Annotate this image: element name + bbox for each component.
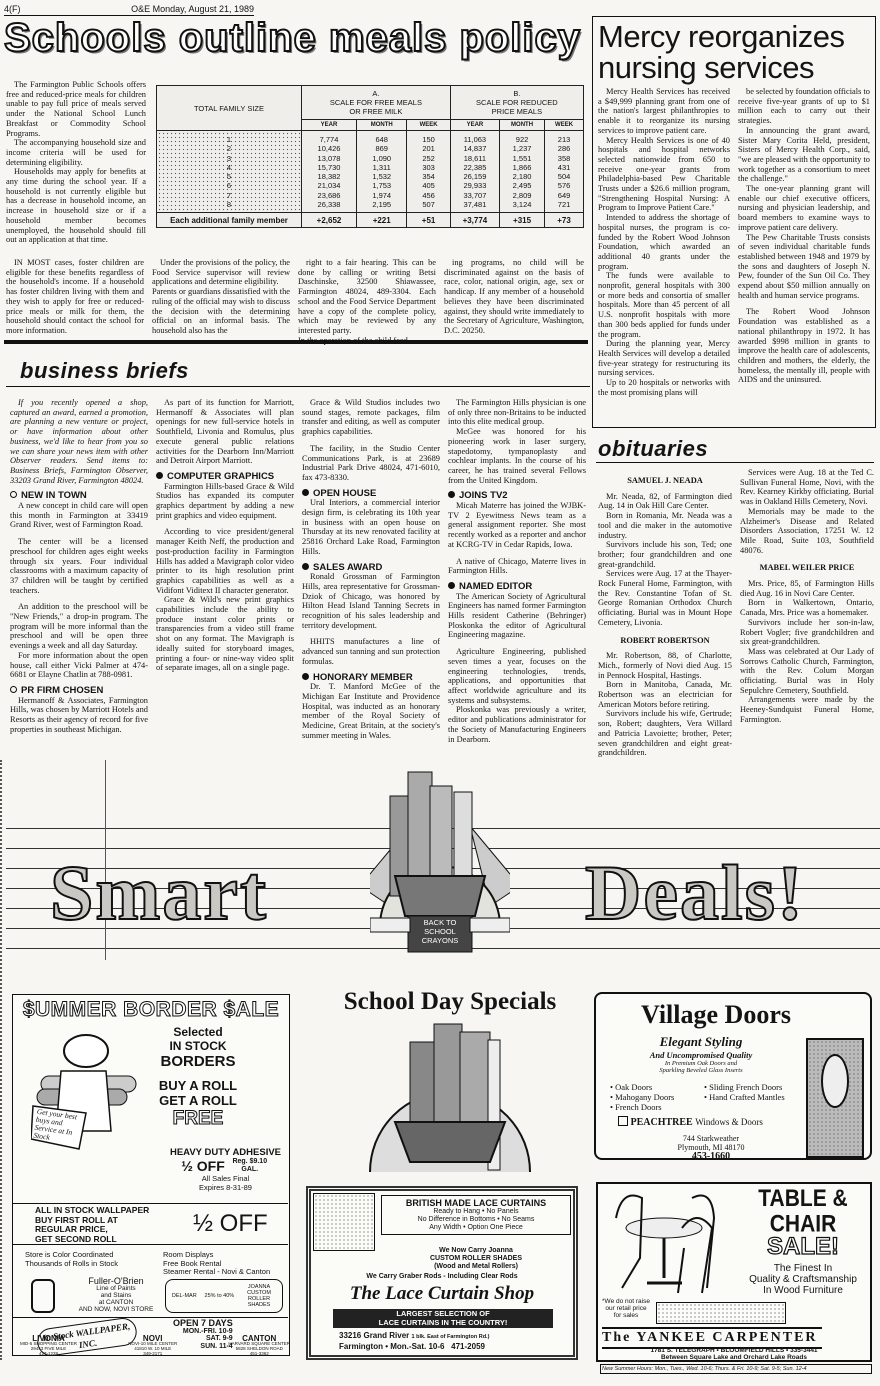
table-cell-value: 14,837 [454,144,496,153]
store-locations: LIVONIAMID-5 SHOPPING CENTER29443 FIVE M… [20,1336,290,1356]
peachtree-logo-icon [618,1116,628,1126]
sub-line: In Wood Furniture [738,1285,868,1296]
fuller-line: Line of Paints [71,1285,161,1292]
table-cell-value: 2,180 [503,172,541,181]
table-cell-value: 504 [548,172,580,181]
reduced-month-cell: 9221,2371,5511,8662,1802,4952,8093,124 [500,131,545,213]
brief-title-text: OPEN HOUSE [313,488,376,499]
sub-line: Quality & Craftsmanship [738,1274,868,1285]
table-cell-value: 23,686 [305,191,353,200]
crayon-box-icon [350,1022,550,1172]
family-size-header: TOTAL FAMILY SIZE [157,86,302,131]
obits-col-2: Services were Aug. 18 at the Ted C. Sull… [740,468,874,725]
table-cell-value: 1 [160,135,298,144]
features-right: Room Displays Free Book Rental Steamer R… [163,1251,270,1277]
tag-line: Sparkling Beveled Glass Inserts [626,1067,776,1074]
obits-col-1: SAMUEL J. NEADA Mr. Neada, 82, of Farmin… [598,468,732,758]
offer-line: Expires 8-31-89 [163,1183,288,1192]
table-cell-value: 201 [410,144,446,153]
paragraph: For more information about the open hous… [10,651,148,680]
wallpaper-offer: ALL IN STOCK WALLPAPER BUY FIRST ROLL AT… [13,1203,288,1245]
table-cell-value: 1,866 [503,163,541,172]
paragraph: According to vice president/general mana… [156,527,294,595]
crayon-box-label: BACK TO SCHOOL CRAYONS [408,918,472,945]
paragraph: Ronald Grossman of Farmington Hills, are… [302,572,440,630]
border-sale-headline: $UMMER BORDER $ALE [13,998,289,1022]
briefs-col-1: If you recently opened a shop, captured … [10,398,148,735]
folio-line: 4(F) O&E Monday, August 21, 1989 [4,4,254,16]
joanna-shades: JOANNA CUSTOM ROLLER SHADES [242,1284,276,1308]
yankee-headline: TABLE & CHAIR SALE! The Finest In Qualit… [738,1190,868,1296]
paragraph: Farmington Hills-based Grace & Wild Stud… [156,482,294,521]
paragraph: Up to 20 hospitals or networks with the … [598,378,730,397]
briefs-col-4: The Farmington Hills physician is one of… [448,398,586,744]
table-cell-value: 1,532 [360,172,403,181]
door-type: Sliding French Doors [709,1082,782,1092]
table-cell-value: 26,159 [454,172,496,181]
schools-col-1: IN MOST cases, foster children are eligi… [6,258,144,336]
fuller-name: Fuller-O'Brien [71,1278,161,1285]
banner-deals: Deals! [585,848,805,938]
table-cell-value: 649 [548,191,580,200]
paragraph: Hermanoff & Associates, Farmington Hills… [10,696,148,735]
offer-line: HEAVY DUTY ADHESIVE [163,1147,288,1158]
feature-item: Steamer Rental - Novi & Canton [163,1268,270,1277]
door-type: Mahogany Doors [615,1092,674,1102]
store-canton: CANTONHARVARD SQUARE CENTER5828 SHELDON … [228,1336,290,1356]
lace-line: (Wood and Metal Rollers) [381,1263,571,1271]
store-livonia: LIVONIAMID-5 SHOPPING CENTER29443 FIVE M… [20,1336,77,1356]
paragraph: An addition to the preschool will be "Ne… [10,602,148,651]
ad-border-sale: $UMMER BORDER $ALE Get your best buys an… [12,994,290,1356]
bullet-icon [302,563,309,570]
briefs-col-2: As part of its function for Marriott, He… [156,398,294,673]
table-cell-value: 7 [160,191,298,200]
brief-title-text: JOINS TV2 [459,490,508,501]
bullet-icon [10,491,17,498]
paragraph: In announcing the grant award, Sister Ma… [738,126,870,184]
yankee-address: 1781 S. TELEGRAPH • BLOOMFIELD HILLS • 3… [598,1348,870,1361]
schools-col-3: right to a fair hearing. This can be don… [298,258,436,345]
table-cell-value: 15,730 [305,163,353,172]
brief-title: HONORARY MEMBER [302,673,440,683]
paragraph: Born in Manitoba, Canada, Mr. Robertson … [598,680,732,709]
masthead-date: O&E Monday, August 21, 1989 [131,4,254,14]
offer-line: BUY A ROLL [148,1078,248,1093]
paragraph: The center will be a licensed preschool … [10,537,148,595]
paragraph: Born in Walkertown, Ontario, Canada, Mrs… [740,598,874,617]
briefs-intro: If you recently opened a shop, captured … [10,398,148,485]
table-chairs-illustration [602,1188,732,1298]
table-cell-value: 2,809 [503,191,541,200]
additional-value: +2,652 [302,213,357,228]
table-cell-value: 3 [160,154,298,163]
bullet-icon [448,582,455,589]
table-cell-value: 13,078 [305,154,353,163]
fuller-line: AND NOW, NOVI STORE [71,1306,161,1313]
bullet-icon [10,686,17,693]
tag-line: And Uncompromised Quality [626,1050,776,1060]
table-cell-value: 721 [548,200,580,209]
fuller-line: at CANTON [71,1299,161,1306]
paragraph: Survivors include her son-in-law, Robert… [740,618,874,647]
obit-name: SAMUEL J. NEADA [598,476,732,486]
lace-graber: We Carry Graber Rods - Including Clear R… [311,1273,573,1280]
ad-lace-curtain: BRITISH MADE LACE CURTAINS Ready to Hang… [306,1186,578,1360]
paragraph: Born in Romania, Mr. Neada was a tool an… [598,511,732,540]
schools-col-4: ing programs, no child will be discrimin… [444,258,584,336]
paragraph: Memorials may be made to the Alzheimer's… [740,507,874,556]
leaded-glass-door-icon [806,1038,864,1158]
lace-address: 33216 Grand River 1 blk. East of Farming… [339,1331,569,1351]
brief-title: NEW IN TOWN [10,491,148,501]
fuller-line: and Stains [71,1292,161,1299]
mascot-illustration: Get your best buys and Service at In Sto… [31,1031,141,1151]
ad-village-doors: Village Doors Elegant Styling And Uncomp… [594,992,872,1160]
discount: 25% to 40% [205,1293,235,1299]
obit-name: MABEL WEILER PRICE [740,563,874,573]
lace-line: We Now Carry Joanna [381,1247,571,1255]
brief-title: OPEN HOUSE [302,489,440,499]
lace-features: BRITISH MADE LACE CURTAINS Ready to Hang… [381,1195,571,1235]
free-week-cell: 150201252303354405456507 [407,131,450,213]
brief-title: SALES AWARD [302,563,440,573]
banner-smart: Smart [50,848,268,938]
lace-banner: LARGEST SELECTION OF LACE CURTAINS IN TH… [333,1309,553,1328]
offer-line: Reg. $9.10 GAL. [230,1158,270,1174]
offer-line: GET SECOND ROLL [35,1235,149,1245]
offer-line: Selected [148,1025,248,1039]
village-bullets-right: • Sliding French Doors • Hand Crafted Ma… [704,1082,804,1102]
heading-rule [596,462,874,463]
table-cell-value: 4 [160,163,298,172]
paragraph: Under the provisions of the policy, the … [152,258,290,336]
table-cell-value: 2 [160,144,298,153]
brief-title-text: COMPUTER GRAPHICS [167,471,274,482]
hours-title: OPEN 7 DAYS [173,1320,233,1328]
table-cell-value: 358 [548,154,580,163]
table-cell-value: 1,090 [360,154,403,163]
paragraph: Survivors include his son, Ted; one brot… [598,540,732,569]
yankee-name-bar: The YANKEE CARPENTER [602,1327,822,1349]
village-phone: 453-1660 [636,1152,786,1161]
mercy-story: Mercy reorganizes nursing services Mercy… [592,16,876,428]
store-line: 349-2171 [128,1351,177,1356]
mercy-col-1: Mercy Health Services has received a $49… [598,87,730,398]
paragraph: be selected by foundation officials to r… [738,87,870,126]
headline-sale: SALE! [738,1234,868,1260]
col-header: MONTH [500,120,545,131]
brand-del-mar: DEL-MAR [172,1293,197,1299]
peachtree-name: PEACHTREE [631,1117,693,1128]
village-tagline: Elegant Styling And Uncompromised Qualit… [626,1034,776,1074]
paragraph: Arrangements were made by the Heeney-Sun… [740,695,874,724]
paragraph: The accompanying household size and inco… [6,138,146,167]
paragraph: The Farmington Hills physician is one of… [448,398,586,427]
paragraph: The funds were available to nonprofit, g… [598,271,730,339]
section-divider [4,340,588,344]
reduced-year-cell: 11,06314,83718,61122,38526,15929,93333,7… [450,131,499,213]
brief-title-text: NAMED EDITOR [459,581,532,592]
door-type: French Doors [615,1102,662,1112]
table-cell-value: 22,385 [454,163,496,172]
additional-value: +51 [407,213,450,228]
meals-table: TOTAL FAMILY SIZE A. SCALE FOR FREE MEAL… [156,85,584,228]
lace-address-note: 1 blk. East of Farmington Rd.) [412,1334,490,1340]
table-cell-value: 922 [503,135,541,144]
table-cell-value: 18,382 [305,172,353,181]
schools-col-2: Under the provisions of the policy, the … [152,258,290,336]
table-cell-value: 252 [410,154,446,163]
col-header: WEEK [407,120,450,131]
village-doors-title: Village Doors [596,1000,836,1030]
offer-free: FREE [148,1108,248,1130]
additional-value: +73 [545,213,584,228]
offer-line: GET A ROLL [148,1093,248,1108]
table-cell-value: 18,611 [454,154,496,163]
peachtree-tagline: Windows & Doors [695,1117,763,1127]
wallpaper-lines: ALL IN STOCK WALLPAPER BUY FIRST ROLL AT… [35,1206,149,1244]
tag-line: Elegant Styling [626,1034,776,1050]
mercy-headline: Mercy reorganizes nursing services [598,21,870,83]
rose-illustration [313,1193,375,1251]
fuller-obrien: Fuller-O'Brien Line of Paints and Stains… [71,1278,161,1313]
lace-banner-line: LACE CURTAINS IN THE COUNTRY! [334,1319,552,1328]
free-month-cell: 6488691,0901,3111,5321,7531,9742,195 [357,131,407,213]
wallpaper-half-off: ½ OFF [193,1210,268,1238]
table-cell-value: 3,124 [503,200,541,209]
brief-title-text: HONORARY MEMBER [313,672,413,683]
paragraph: Agriculture Engineering, published seven… [448,647,586,705]
table-cell-value: 1,753 [360,181,403,190]
door-type: Hand Crafted Mantles [709,1092,785,1102]
school-day-illustration [350,1022,550,1172]
table-cell-value: 576 [548,181,580,190]
sub-line: The Finest In [738,1263,868,1274]
table-cell-value: 10,426 [305,144,353,153]
divider [13,1317,288,1318]
lace-street: 33216 Grand River [339,1331,409,1340]
ad-yankee-carpenter: TABLE & CHAIR SALE! The Finest In Qualit… [596,1182,872,1362]
table-cell-value: 33,707 [454,191,496,200]
briefs-col-3: Grace & Wild Studios includes two sound … [302,398,440,741]
brief-title-text: NEW IN TOWN [21,490,87,501]
yankee-hours: New Summer Hours: Mon., Tues., Wed. 10-6… [600,1364,872,1374]
obit-name: ROBERT ROBERTSON [598,636,732,646]
additional-value: +315 [500,213,545,228]
paragraph: The Robert Wood Johnson Foundation was e… [738,307,870,385]
paragraph: Grace & Wild's new print graphics capabi… [156,595,294,673]
table-cell-value: 456 [410,191,446,200]
yankee-note: *We do not raise our retail price for sa… [602,1298,650,1319]
col-header: WEEK [545,120,584,131]
paragraph: As part of its function for Marriott, He… [156,398,294,466]
lace-box-title: BRITISH MADE LACE CURTAINS [384,1198,568,1208]
col-header: YEAR [302,120,357,131]
schools-intro: The Farmington Public Schools offers fre… [6,80,146,245]
bullet-icon [156,472,163,479]
brief-title-text: PR FIRM CHOSEN [21,685,103,696]
table-cell-value: 29,933 [454,181,496,190]
village-bullets-left: • Oak Doors • Mahogany Doors • French Do… [610,1082,674,1112]
lace-hours: Farmington • Mon.-Sat. 10-6 [339,1342,444,1351]
table-cell-value: 26,338 [305,200,353,209]
obituaries-heading: obituaries [598,436,708,462]
additional-value: +221 [357,213,407,228]
bullet-icon [302,673,309,680]
col-header: YEAR [450,120,499,131]
paragraph: ing programs, no child will be discrimin… [444,258,584,336]
page-number: 4(F) [4,4,21,14]
table-cell-value: 5 [160,172,298,181]
paragraph: Grace & Wild Studios includes two sound … [302,398,440,437]
paragraph: A new concept in child care will open th… [10,501,148,530]
store-line: 451-3362 [228,1351,290,1356]
additional-member-label: Each additional family member [157,213,302,228]
bullet-icon [302,489,309,496]
paragraph: Micah Materre has joined the WJBK-TV 2 E… [448,501,586,550]
business-briefs-heading: business briefs [20,358,189,384]
table-cell-value: 37,481 [454,200,496,209]
table-cell-value: 2,195 [360,200,403,209]
brands-box [656,1302,786,1324]
table-cell-value: 11,063 [454,135,496,144]
table-cell-value: 286 [548,144,580,153]
fuller-paint-can-icon [31,1279,55,1313]
paragraph: Mr. Neada, 82, of Farmington died Aug. 1… [598,492,732,511]
table-cell-value: 8 [160,200,298,209]
paragraph: HHITS manufactures a line of advanced su… [302,637,440,666]
table-cell-value: 869 [360,144,403,153]
reduced-week-cell: 213286358431504576649721 [545,131,584,213]
lace-shop-name: The Lace Curtain Shop [311,1283,573,1305]
peachtree-brand: PEACHTREE Windows & Doors [618,1116,763,1128]
paragraph: The Farmington Public Schools offers fre… [6,80,146,138]
brief-title: JOINS TV2 [448,491,586,501]
offer-line: BORDERS [148,1053,248,1070]
table-cell-value: 2,495 [503,181,541,190]
offer-line: IN STOCK [148,1039,248,1053]
paragraph: Ural Interiors, a commercial interior de… [302,498,440,556]
paragraph: Mercy Health Services has received a $49… [598,87,730,136]
table-cell-value: 7,774 [305,135,353,144]
paragraph: Intended to address the shortage of hosp… [598,213,730,271]
table-chairs-icon [602,1188,732,1298]
table-cell-value: 431 [548,163,580,172]
offer-line: ½ OFF [181,1158,225,1174]
store-novi: NOVINOVI-10 MILE CENTER41810 W. 10 MILE3… [128,1336,177,1356]
sizes-cell: 12345678 [157,131,302,213]
brief-title: PR FIRM CHOSEN [10,686,148,696]
paragraph: Mrs. Price, 85, of Farmington Hills died… [740,579,874,598]
store-line: 427-1229 [20,1351,77,1356]
lace-line: Ready to Hang • No Panels [384,1208,568,1216]
paragraph: Services were Aug. 18 at the Ted C. Sull… [740,468,874,507]
paragraph: During the planning year, Mercy Health S… [598,339,730,378]
address-line: Between Square Lake and Orchard Lake Roa… [598,1355,870,1362]
lace-line: Any Width • Option One Piece [384,1224,568,1232]
paragraph: Mercy Health Services is one of 40 hospi… [598,136,730,214]
table-cell-value: 1,311 [360,163,403,172]
table-cell-value: 1,237 [503,144,541,153]
paragraph: A native of Chicago, Materre lives in Fa… [448,557,586,576]
adhesive-offer: HEAVY DUTY ADHESIVE ½ OFF Reg. $9.10 GAL… [163,1147,288,1192]
brief-title: NAMED EDITOR [448,582,586,592]
features-left: Store is Color Coordinated Thousands of … [25,1251,118,1268]
paragraph: right to a fair hearing. This can be don… [298,258,436,345]
feature-item: Thousands of Rolls in Stock [25,1260,118,1269]
lace-line: CUSTOM ROLLER SHADES [381,1255,571,1263]
yankee-name: The YANKEE CARPENTER [602,1330,822,1346]
paragraph: Ploskonka was previously a writer, edito… [448,705,586,744]
shades-badge: DEL-MAR 25% to 40% JOANNA CUSTOM ROLLER … [165,1279,283,1313]
free-meals-header: A. SCALE FOR FREE MEALS OR FREE MILK [302,86,451,120]
tag-line: In Premium Oak Doors and [626,1060,776,1067]
table-cell-value: 1,974 [360,191,403,200]
schools-headline: Schools outline meals policy [4,18,590,58]
lace-roller-shades: We Now Carry Joanna CUSTOM ROLLER SHADES… [381,1247,571,1271]
paragraph: Services were Aug. 17 at the Thayer-Rock… [598,569,732,627]
table-cell-value: 21,034 [305,181,353,190]
heading-rule [6,386,590,387]
hours-line: MON.-FRI. 10-9 [173,1328,233,1336]
mercy-col-2: be selected by foundation officials to r… [738,87,870,398]
paragraph: Survivors include his wife, Gertrude; so… [598,709,732,758]
page-edge [0,760,4,1360]
table-cell-value: 303 [410,163,446,172]
paragraph: The facility, in the Studio Center Commu… [302,444,440,483]
table-cell-value: 213 [548,135,580,144]
table-cell-value: 6 [160,181,298,190]
lace-line: No Difference in Bottoms • No Seams [384,1216,568,1224]
reduced-meals-header: B. SCALE FOR REDUCED PRICE MEALS [450,86,583,120]
paragraph: The American Society of Agricultural Eng… [448,592,586,641]
brief-title-text: SALES AWARD [313,562,382,573]
paragraph: Households may apply for benefits at any… [6,167,146,245]
table-cell-value: 507 [410,200,446,209]
village-address: 744 Starkweather Plymouth, MI 48170 453-… [636,1134,786,1161]
paragraph: The one-year planning grant will enable … [738,184,870,233]
paragraph: Dr. T. Manford McGee of the Michigan Ear… [302,682,440,740]
free-year-cell: 7,77410,42613,07815,73018,38221,03423,68… [302,131,357,213]
crayon-box-illustration: BACK TO SCHOOL CRAYONS [370,766,510,956]
offer-line: All Sales Final [163,1174,288,1183]
lace-phone: 471-2059 [451,1342,485,1351]
headline-line: TABLE & CHAIR [738,1187,868,1238]
door-type: Oak Doors [615,1082,652,1092]
paragraph: Mr. Robertson, 88, of Charlotte, Mich., … [598,651,732,680]
brief-title: COMPUTER GRAPHICS [156,472,294,482]
paragraph: The Pew Charitable Trusts consists of se… [738,233,870,301]
mascot-sign-text: Get your best buys and Service at In Sto… [33,1108,85,1146]
address-line: 744 Starkweather [636,1134,786,1143]
paragraph: IN MOST cases, foster children are eligi… [6,258,144,336]
border-offer: Selected IN STOCK BORDERS BUY A ROLL GET… [148,1025,248,1130]
school-day-title: School Day Specials [310,988,590,1016]
paragraph: McGee was honored for his pioneering wor… [448,427,586,485]
table-cell-value: 1,551 [503,154,541,163]
paragraph: Mass was celebrated at Our Lady of Sorro… [740,647,874,696]
table-cell-value: 150 [410,135,446,144]
table-cell-value: 354 [410,172,446,181]
additional-value: +3,774 [450,213,499,228]
table-cell-value: 648 [360,135,403,144]
bullet-icon [448,491,455,498]
col-header: MONTH [357,120,407,131]
table-cell-value: 405 [410,181,446,190]
